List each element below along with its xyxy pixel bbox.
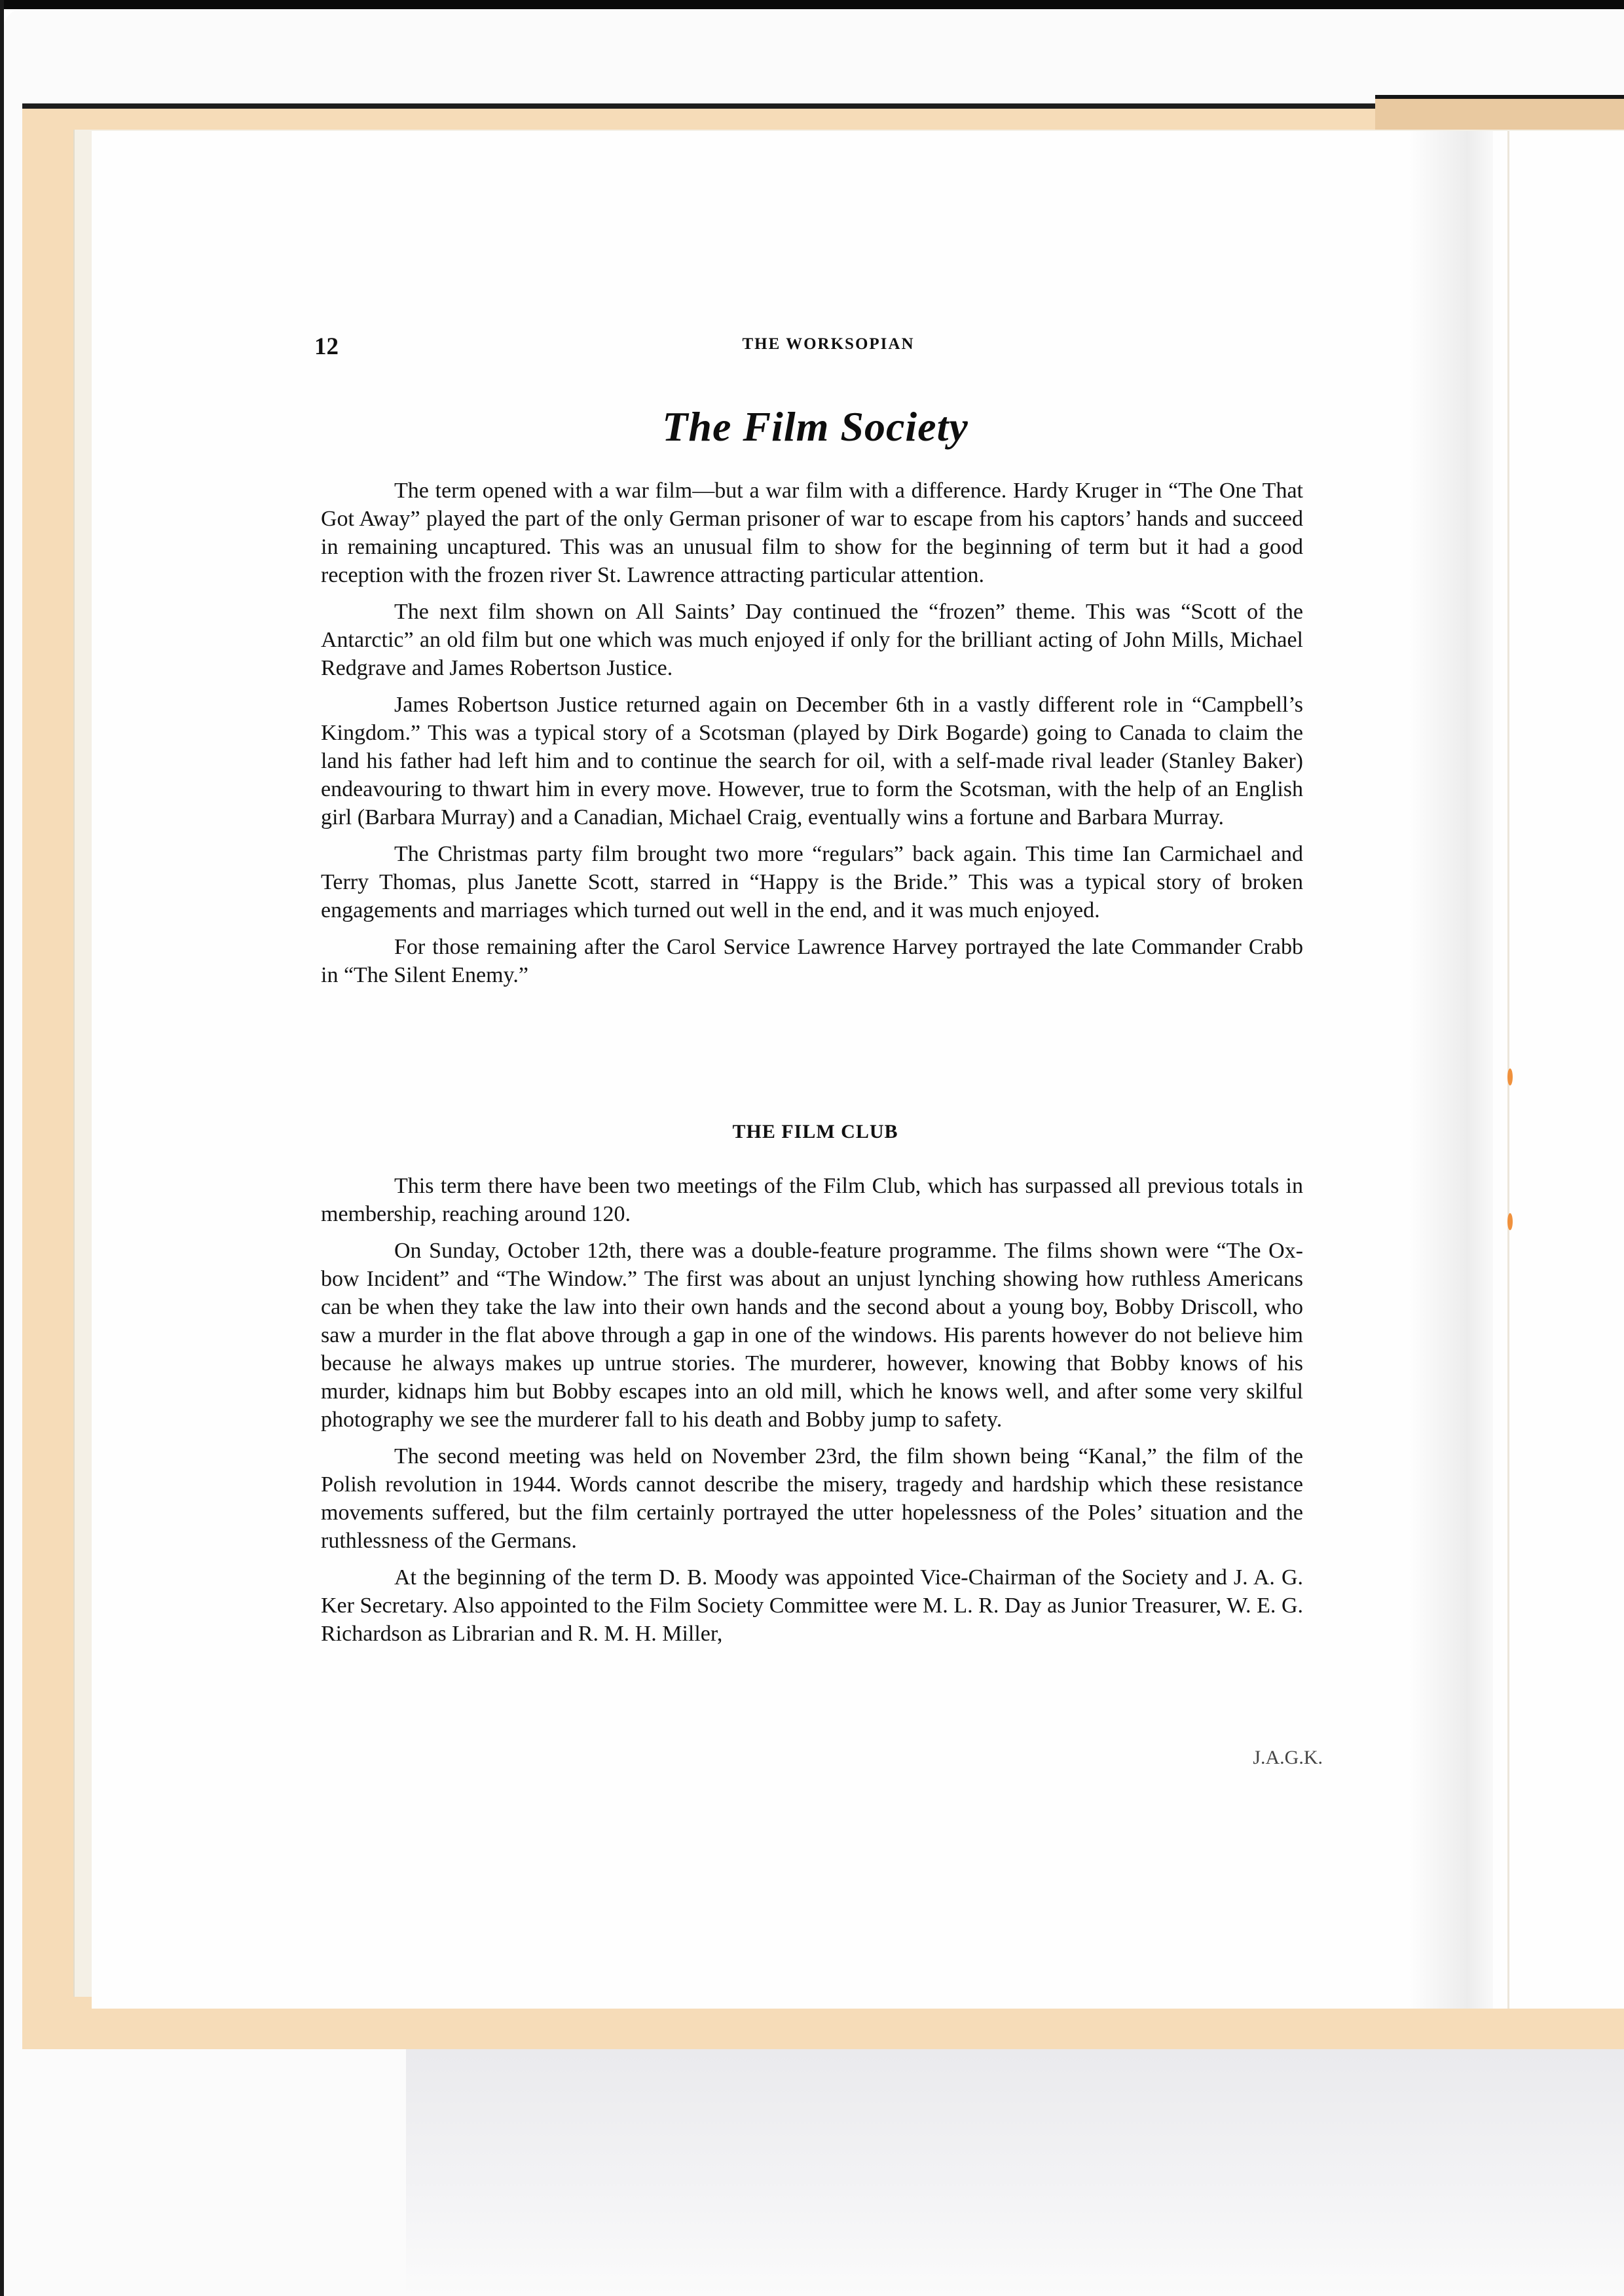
paragraph: The Christmas party film brought two mor… [321,840,1303,924]
paragraph: The next film shown on All Saints’ Day c… [321,598,1303,682]
paragraph: James Robertson Justice returned again o… [321,691,1303,831]
paragraph: This term there have been two meetings o… [321,1172,1303,1228]
paragraph: On Sunday, October 12th, there was a dou… [321,1237,1303,1434]
film-club-section: This term there have been two meetings o… [321,1172,1303,1656]
scan-top-edge [0,0,1624,9]
running-head: THE WORKSOPIAN [314,335,1316,354]
paragraph: For those remaining after the Carol Serv… [321,933,1303,989]
rust-stain-mark [1507,1213,1513,1230]
scanner-shadow [406,2035,1624,2296]
film-society-section: The term opened with a war film—but a wa… [321,477,1303,998]
author-initials: J.A.G.K. [1113,1747,1323,1769]
page-header: 12 THE WORKSOPIAN [314,333,1316,359]
article-title: The Film Society [314,403,1316,451]
paragraph: The second meeting was held on November … [321,1442,1303,1555]
paragraph: The term opened with a war film—but a wa… [321,477,1303,589]
gutter-shadow [1408,131,1493,2009]
rust-stain-mark [1507,1068,1513,1085]
section-heading: THE FILM CLUB [314,1121,1316,1143]
paragraph: At the beginning of the term D. B. Moody… [321,1563,1303,1648]
